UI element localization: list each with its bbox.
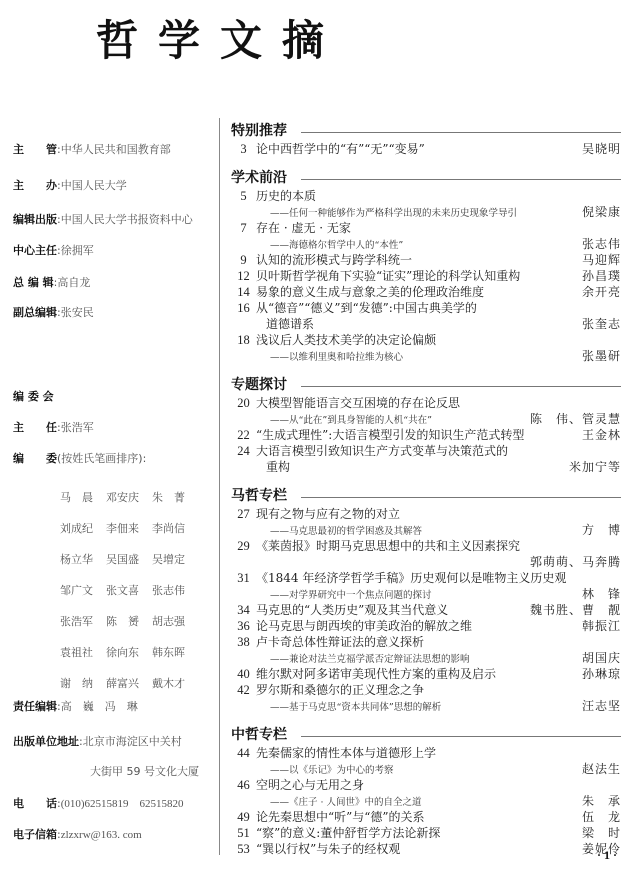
page-ref: 53: [231, 841, 256, 857]
section-title: 特别推荐: [231, 120, 287, 140]
board-member-name: 陈 赟: [106, 613, 152, 629]
info-row: 主 办:中国人民大学: [13, 177, 127, 193]
article-title[interactable]: “察”的意义:董仲舒哲学方法论新探: [256, 825, 582, 841]
board-member-name: 吴国盛: [106, 551, 152, 567]
toc-entry[interactable]: 42 罗尔斯和桑德尔的正义理念之争——基于马克思“资本共同体”思想的解析 汪志坚: [231, 682, 621, 714]
article-author: 胡国庆: [582, 650, 621, 666]
info-value: 高自龙: [57, 276, 90, 289]
page-ref: 22: [231, 427, 256, 443]
editorial-board-title: 编 委 会: [13, 388, 54, 404]
toc-entry[interactable]: 40 维尔默对阿多诺审美现代性方案的重构及启示孙琳琼: [231, 666, 621, 682]
info-row: 编辑出版:中国人民大学书报资料中心: [13, 211, 193, 227]
toc-entry[interactable]: 3 论中西哲学中的“有”“无”“变易”吴晓明: [231, 141, 621, 157]
toc-entry[interactable]: 46 空明之心与无用之身——《庄子 · 人间世》中的自全之道 朱 承: [231, 777, 621, 809]
article-author: 米加宁等: [569, 459, 621, 475]
toc-entry[interactable]: 51 “察”的意义:董仲舒哲学方法论新探梁 时: [231, 825, 621, 841]
article-title[interactable]: 《1844 年经济学哲学手稿》历史观何以是唯物主义历史观: [256, 570, 621, 586]
toc-entry[interactable]: 7 存在 · 虚无 · 无家——海德格尔哲学中人的“本性” 张志伟: [231, 220, 621, 252]
article-title[interactable]: 论先秦思想中“听”与“德”的关系: [256, 809, 582, 825]
board-member-name: 谢 纳: [60, 675, 106, 691]
article-author: 张墨研: [582, 348, 621, 364]
info-row: 总 编 辑:高自龙: [13, 274, 90, 290]
article-author: 张志伟: [582, 236, 621, 252]
board-member-name: 吴增定: [152, 551, 198, 567]
board-members-line: 邹广文张文喜张志伟: [60, 582, 198, 598]
info-row: 中心主任:徐拥军: [13, 242, 94, 258]
page-ref: 27: [231, 506, 256, 522]
article-title[interactable]: 历史的本质: [256, 188, 621, 204]
section-rule: [301, 179, 621, 180]
board-member-name: 张浩军: [60, 613, 106, 629]
board-member-name: 张文喜: [106, 582, 152, 598]
article-title[interactable]: 大模型智能语言交互困境的存在论反思: [256, 395, 621, 411]
page-ref: 16: [231, 300, 256, 316]
toc-entry[interactable]: 12 贝叶斯哲学视角下实验“证实”理论的科学认知重构孙昌璞: [231, 268, 621, 284]
column-divider: [219, 118, 220, 855]
board-member-name: 袁祖社: [60, 644, 106, 660]
toc-section: 特别推荐 3 论中西哲学中的“有”“无”“变易”吴晓明: [231, 120, 621, 157]
page-ref: 31: [231, 570, 256, 586]
info-key: 主 管: [13, 141, 57, 157]
board-chair-name: 张浩军: [61, 421, 94, 434]
board-member-name: 朱 菁: [152, 489, 198, 505]
page-number: · 1 ·: [597, 848, 617, 863]
page-ref: 9: [231, 252, 256, 268]
info-key: 编辑出版: [13, 211, 57, 227]
info-key: 副总编辑: [13, 304, 57, 320]
toc-section: 学术前沿 5 历史的本质——任何一种能够作为严格科学出现的未来历史现象学导引 倪…: [231, 167, 621, 364]
article-title-continuation: 道德谱系: [256, 316, 582, 332]
toc-section: 中哲专栏 44 先秦儒家的情性本体与道德形上学——以《乐记》为中心的考察 赵法生…: [231, 724, 621, 857]
article-author: 孙昌璞: [582, 268, 621, 284]
board-member-name: 薛富兴: [106, 675, 152, 691]
page-ref: 44: [231, 745, 256, 761]
section-rule: [301, 497, 621, 498]
article-title[interactable]: 空明之心与无用之身: [256, 777, 621, 793]
page-ref: 5: [231, 188, 256, 204]
info-value: 徐拥军: [61, 244, 94, 257]
page-ref: 20: [231, 395, 256, 411]
article-author: 孙琳琼: [582, 666, 621, 682]
article-author: 余开亮: [582, 284, 621, 300]
page-ref: 49: [231, 809, 256, 825]
page-ref: 24: [231, 443, 256, 459]
toc-section: 马哲专栏 27 现有之物与应有之物的对立——马克思最初的哲学困惑及其解答 方 博…: [231, 485, 621, 714]
article-author: 郭萌萌、马奔腾: [530, 554, 621, 570]
section-title: 专题探讨: [231, 374, 287, 394]
article-title[interactable]: 论马克思与朗西埃的审美政治的解放之维: [256, 618, 582, 634]
article-title[interactable]: 存在 · 虚无 · 无家: [256, 220, 621, 236]
article-author: 韩振江: [582, 618, 621, 634]
board-member-name: 张志伟: [152, 582, 198, 598]
responsible-editor-row: 责任编辑:高 巍 冯 琳: [13, 698, 138, 714]
board-member-name: 徐向东: [106, 644, 152, 660]
info-row: 副总编辑:张安民: [13, 304, 94, 320]
article-title[interactable]: 马克思的“人类历史”观及其当代意义: [256, 602, 530, 618]
page-ref: 12: [231, 268, 256, 284]
article-author: 倪梁康: [582, 204, 621, 220]
board-members-line: 谢 纳薛富兴戴木才: [60, 675, 198, 691]
toc-entry[interactable]: 49 论先秦思想中“听”与“德”的关系伍 龙: [231, 809, 621, 825]
board-member-name: 韩东晖: [152, 644, 198, 660]
article-title[interactable]: 浅议后人类技术美学的决定论偏颇: [256, 332, 621, 348]
page-ref: 7: [231, 220, 256, 236]
info-value: 张安民: [61, 306, 94, 319]
page-ref: 36: [231, 618, 256, 634]
info-row: 主 管:中华人民共和国教育部: [13, 141, 171, 157]
article-author: 马迎辉: [582, 252, 621, 268]
article-author: 张奎志: [582, 316, 621, 332]
board-member-name: 李尚信: [152, 520, 198, 536]
article-title[interactable]: 大语言模型引致知识生产方式变革与决策范式的: [256, 443, 621, 459]
section-header: 中哲专栏: [231, 724, 621, 744]
section-gap: [231, 475, 621, 485]
phone-row: 电 话:(010)62515819 62515820: [13, 795, 184, 811]
toc-entry[interactable]: 20 大模型智能语言交互困境的存在论反思——从“此在”到具身智能的人机“共在” …: [231, 395, 621, 427]
article-title[interactable]: 从“德音”“德义”到“发德”:中国古典美学的: [256, 300, 621, 316]
section-title: 马哲专栏: [231, 485, 287, 505]
board-member-name: 刘成纪: [60, 520, 106, 536]
article-title[interactable]: 卢卡奇总体性辩证法的意义探析: [256, 634, 621, 650]
page-ref: 46: [231, 777, 256, 793]
article-author: 方 博: [582, 522, 621, 538]
section-title: 中哲专栏: [231, 724, 287, 744]
table-of-contents: 特别推荐 3 论中西哲学中的“有”“无”“变易”吴晓明 学术前沿 5 历史的本质…: [231, 120, 621, 857]
section-title: 学术前沿: [231, 167, 287, 187]
board-member-name: 胡志强: [152, 613, 198, 629]
board-members-row: 编 委(按姓氏笔画排序):: [13, 450, 146, 466]
article-author: 王金林: [582, 427, 621, 443]
section-header: 学术前沿: [231, 167, 621, 187]
info-value: 中国人民大学: [61, 179, 127, 192]
article-subtitle: ——以维利里奥和哈拉维为核心: [256, 350, 582, 366]
page-ref: 42: [231, 682, 256, 698]
article-title[interactable]: 认知的流形模式与跨学科统一: [256, 252, 582, 268]
toc-entry[interactable]: 31 《1844 年经济学哲学手稿》历史观何以是唯物主义历史观——对学界研究中一…: [231, 570, 621, 602]
article-title[interactable]: 维尔默对阿多诺审美现代性方案的重构及启示: [256, 666, 582, 682]
board-member-name: 杨立华: [60, 551, 106, 567]
article-subtitle: ——基于马克思“资本共同体”思想的解析: [256, 700, 582, 716]
page-ref: 40: [231, 666, 256, 682]
page-ref: 34: [231, 602, 256, 618]
board-member-name: 戴木才: [152, 675, 198, 691]
article-author: 梁 时: [582, 825, 621, 841]
article-author: 伍 龙: [582, 809, 621, 825]
section-rule: [301, 736, 621, 737]
article-author: 赵法生: [582, 761, 621, 777]
board-member-name: 邹广文: [60, 582, 106, 598]
toc-section: 专题探讨 20 大模型智能语言交互困境的存在论反思——从“此在”到具身智能的人机…: [231, 374, 621, 475]
toc-entry[interactable]: 27 现有之物与应有之物的对立——马克思最初的哲学困惑及其解答 方 博: [231, 506, 621, 538]
toc-entry[interactable]: 34 马克思的“人类历史”观及其当代意义魏书胜、曹 靓: [231, 602, 621, 618]
article-author: 陈 伟、管灵慧: [530, 411, 621, 427]
masthead-info-panel: 主 管:中华人民共和国教育部主 办:中国人民大学编辑出版:中国人民大学书报资料中…: [0, 0, 219, 875]
toc-entry[interactable]: 44 先秦儒家的情性本体与道德形上学——以《乐记》为中心的考察 赵法生: [231, 745, 621, 777]
info-key: 总 编 辑: [13, 274, 54, 290]
article-author: 魏书胜、曹 靓: [530, 602, 621, 618]
article-title[interactable]: 《莱茵报》时期马克思思想中的共和主义因素探究: [256, 538, 621, 554]
toc-entry[interactable]: 9 认知的流形模式与跨学科统一马迎辉: [231, 252, 621, 268]
page-ref: 38: [231, 634, 256, 650]
page-ref: 14: [231, 284, 256, 300]
board-members-line: 袁祖社徐向东韩东晖: [60, 644, 198, 660]
section-header: 特别推荐: [231, 120, 621, 140]
page-ref: 18: [231, 332, 256, 348]
article-author: 汪志坚: [582, 698, 621, 714]
section-rule: [301, 132, 621, 133]
page-ref: 51: [231, 825, 256, 841]
article-title[interactable]: “生成式理性”:大语言模型引发的知识生产范式转型: [256, 427, 582, 443]
article-author: 吴晓明: [582, 141, 621, 157]
article-author: 朱 承: [582, 793, 621, 809]
article-title-continuation: 重构: [256, 459, 569, 475]
email-link[interactable]: zlzxrw@163. com: [61, 829, 142, 841]
info-value: 中华人民共和国教育部: [61, 143, 171, 156]
article-title[interactable]: 易象的意义生成与意象之美的伦理政治维度: [256, 284, 582, 300]
toc-entry[interactable]: 24 大语言模型引致知识生产方式变革与决策范式的重构 米加宁等: [231, 443, 621, 475]
toc-entry[interactable]: 5 历史的本质——任何一种能够作为严格科学出现的未来历史现象学导引 倪梁康: [231, 188, 621, 220]
toc-entry[interactable]: 53 “巽以行权”与朱子的经权观姜妮伶: [231, 841, 621, 857]
section-header: 马哲专栏: [231, 485, 621, 505]
board-member-name: 马 晨: [60, 489, 106, 505]
article-title[interactable]: 现有之物与应有之物的对立: [256, 506, 621, 522]
section-header: 专题探讨: [231, 374, 621, 394]
board-member-name: 邓安庆: [106, 489, 152, 505]
article-title[interactable]: 贝叶斯哲学视角下实验“证实”理论的科学认知重构: [256, 268, 582, 284]
page-ref: 29: [231, 538, 256, 554]
toc-entry[interactable]: 18 浅议后人类技术美学的决定论偏颇——以维利里奥和哈拉维为核心 张墨研: [231, 332, 621, 364]
toc-entry[interactable]: 38 卢卡奇总体性辩证法的意义探析——兼论对法兰克福学派否定辩证法思想的影响 胡…: [231, 634, 621, 666]
info-key: 主 办: [13, 177, 57, 193]
toc-entry[interactable]: 14 易象的意义生成与意象之美的伦理政治维度余开亮: [231, 284, 621, 300]
board-members-line: 刘成纪李佃来李尚信: [60, 520, 198, 536]
article-author: 林 锋: [582, 586, 621, 602]
article-title[interactable]: “巽以行权”与朱子的经权观: [256, 841, 582, 857]
section-gap: [231, 157, 621, 167]
board-member-name: 李佃来: [106, 520, 152, 536]
toc-entry[interactable]: 16 从“德音”“德义”到“发德”:中国古典美学的道德谱系 张奎志: [231, 300, 621, 332]
info-value: 中国人民大学书报资料中心: [61, 213, 193, 226]
article-title[interactable]: 论中西哲学中的“有”“无”“变易”: [256, 141, 582, 157]
board-chair-row: 主 任:张浩军: [13, 419, 94, 435]
article-title[interactable]: 罗尔斯和桑德尔的正义理念之争: [256, 682, 621, 698]
section-rule: [301, 386, 621, 387]
email-row: 电子信箱:zlzxrw@163. com: [13, 826, 142, 842]
board-members-line: 张浩军陈 赟胡志强: [60, 613, 198, 629]
toc-entry[interactable]: 22 “生成式理性”:大语言模型引发的知识生产范式转型王金林: [231, 427, 621, 443]
board-members-line: 马 晨邓安庆朱 菁: [60, 489, 198, 505]
toc-entry[interactable]: 36 论马克思与朗西埃的审美政治的解放之维韩振江: [231, 618, 621, 634]
address-line-2: 大街甲 59 号文化大厦: [90, 763, 199, 779]
info-key: 中心主任: [13, 242, 57, 258]
article-title[interactable]: 先秦儒家的情性本体与道德形上学: [256, 745, 621, 761]
page-ref: 3: [231, 141, 256, 157]
address-row: 出版单位地址:北京市海淀区中关村: [13, 733, 182, 749]
board-members-line: 杨立华吴国盛吴增定: [60, 551, 198, 567]
toc-entry[interactable]: 29 《莱茵报》时期马克思思想中的共和主义因素探究 郭萌萌、马奔腾: [231, 538, 621, 570]
